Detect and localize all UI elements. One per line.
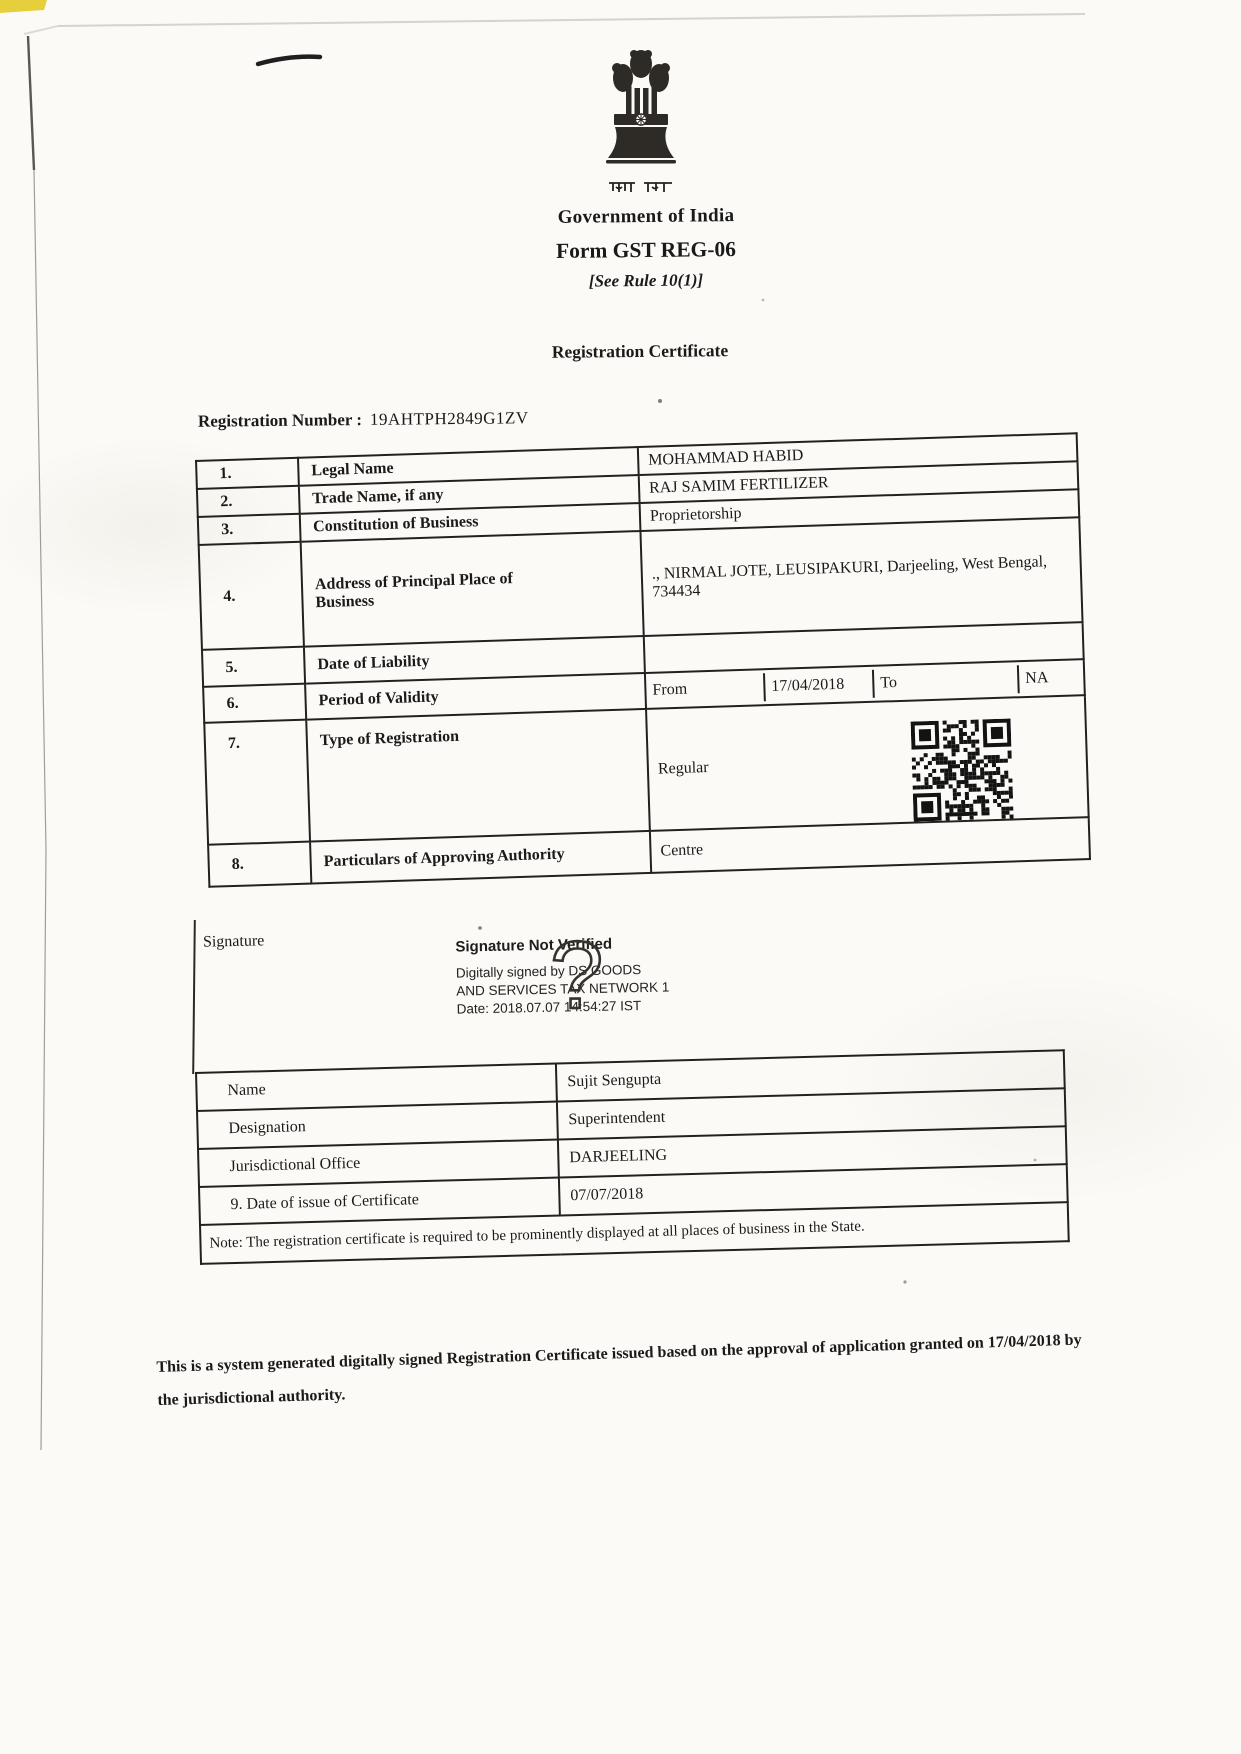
approving-officer-table: Name Sujit Sengupta Designation Superint… <box>195 1049 1070 1265</box>
registration-number-value: 19AHTPH2849G1ZV <box>370 408 529 429</box>
corner-highlight-mark <box>0 0 47 13</box>
row-number: 6. <box>203 684 306 723</box>
row-number: 5. <box>202 647 305 687</box>
emblem-motto-icon <box>608 180 674 196</box>
registration-type-cell: Regular <box>646 695 1089 831</box>
row-label: Type of Registration <box>306 709 650 842</box>
pen-dash-mark <box>258 57 320 64</box>
row-number: 4. <box>199 542 304 650</box>
qr-code <box>911 718 1016 823</box>
government-title: Government of India <box>446 204 846 230</box>
stamp-status: Signature Not Verified <box>455 933 725 955</box>
validity-from-value: 17/04/2018 <box>763 670 873 701</box>
validity-from-label: From <box>646 673 764 705</box>
row-label: Address of Principal Place of Business <box>301 531 644 647</box>
signature-label: Signature <box>203 932 265 951</box>
ashoka-emblem-icon <box>599 46 683 196</box>
row-number: 1. <box>196 458 299 489</box>
row-value: ., NIRMAL JOTE, LEUSIPAKURI, Darjeeling,… <box>640 517 1082 636</box>
digital-signature-stamp: Signature Not Verified Digitally signed … <box>455 933 726 1018</box>
table-left-border <box>192 920 196 1074</box>
validity-to-label: To <box>872 665 1018 698</box>
row-number: 2. <box>197 486 300 517</box>
certificate-title: Registration Certificate <box>440 339 840 363</box>
registration-details-table: 1. Legal Name MOHAMMAD HABID 2. Trade Na… <box>195 432 1091 888</box>
row-value: Regular <box>658 759 709 778</box>
validity-to-value: NA <box>1017 663 1084 693</box>
registration-number-line: Registration Number :19AHTPH2849G1ZV <box>198 408 529 431</box>
row-number: 7. <box>204 720 310 845</box>
form-title: Form GST REG-06 <box>446 236 846 265</box>
row-number: 3. <box>198 514 301 545</box>
footer-statement: This is a system generated digitally sig… <box>156 1324 1106 1418</box>
row-number: 8. <box>208 842 311 887</box>
stamp-date: Date: 2018.07.07 14:54:27 IST <box>456 996 726 1019</box>
rule-reference: [See Rule 10(1)] <box>446 269 846 293</box>
registration-number-label: Registration Number : <box>198 410 362 431</box>
scanned-certificate-page: Government of India Form GST REG-06 [See… <box>0 0 1241 1754</box>
